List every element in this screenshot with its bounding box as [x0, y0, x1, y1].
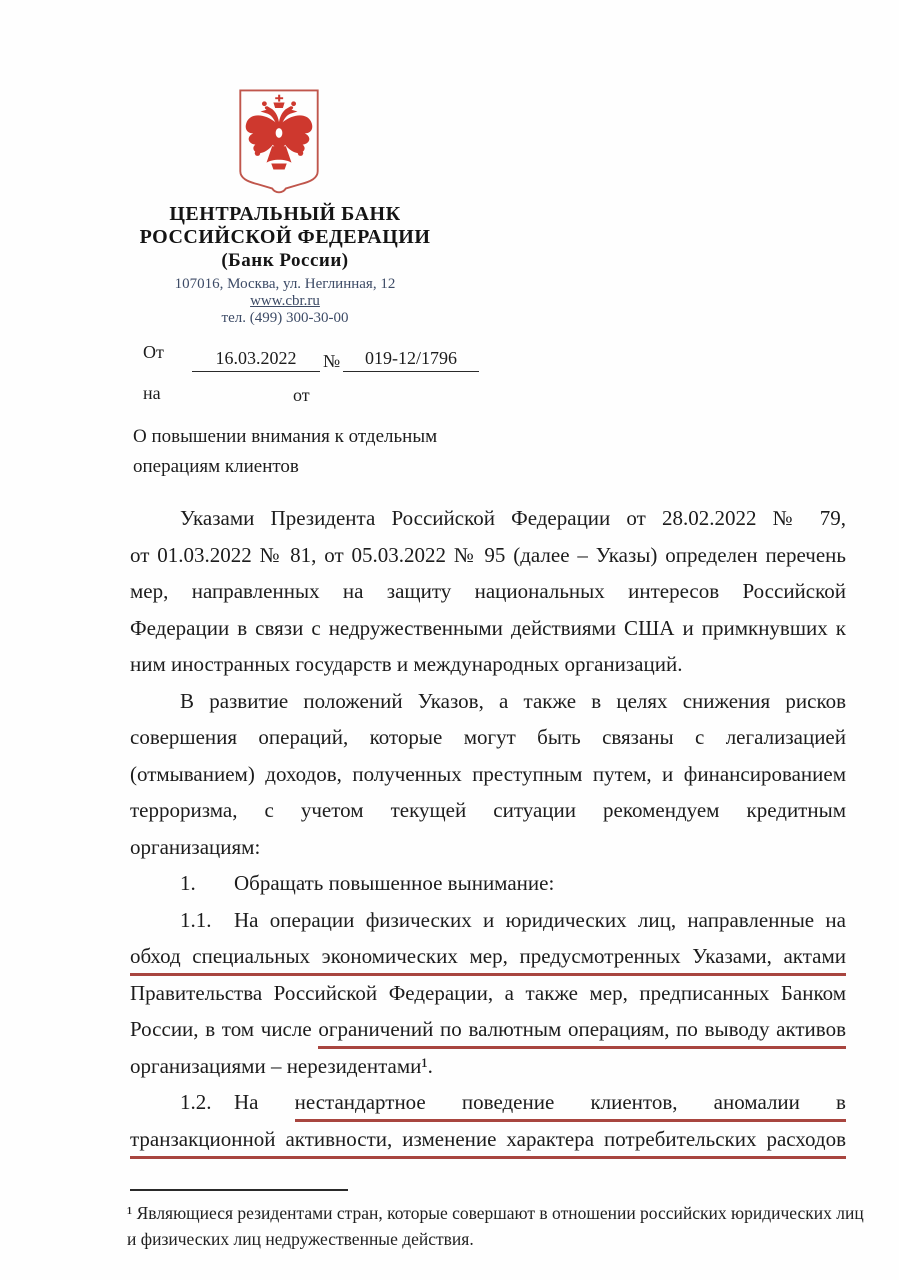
footnote-separator [130, 1189, 348, 1191]
org-address-block: 107016, Москва, ул. Неглинная, 12 www.cb… [65, 276, 505, 327]
red-underlined-text: транзакционной активности, изменение хар… [130, 1127, 846, 1159]
org-name-line3: (Банк России) [65, 249, 505, 272]
body-line: Федерации в связи с недружественными дей… [130, 610, 846, 647]
text-segment: от 01.03.2022 № 81, от 05.03.2022 № 95 (… [130, 543, 846, 567]
text-segment: организациями – нерезидентами¹. [130, 1054, 433, 1078]
coat-of-arms-icon [236, 87, 322, 197]
doc-body: Указами Президента Российской Федерации … [130, 500, 846, 1157]
body-line: 1.2.На нестандартное поведение клиентов,… [130, 1084, 846, 1121]
website-link[interactable]: www.cbr.ru [65, 293, 505, 310]
body-line: транзакционной активности, изменение хар… [130, 1121, 846, 1158]
document-page: ЦЕНТРАЛЬНЫЙ БАНК РОССИЙСКОЙ ФЕДЕРАЦИИ (Б… [0, 0, 899, 1280]
body-line: от 01.03.2022 № 81, от 05.03.2022 № 95 (… [130, 537, 846, 574]
text-segment: (отмыванием) доходов, полученных преступ… [130, 762, 846, 786]
red-underlined-text: обход специальных экономических мер, пре… [130, 944, 846, 976]
text-segment: ним иностранных государств и международн… [130, 652, 682, 676]
body-line: Правительства Российской Федерации, а та… [130, 975, 846, 1012]
text-segment: Федерации в связи с недружественными дей… [130, 616, 846, 640]
body-line: 1.Обращать повышенное вынимание: [130, 865, 846, 902]
ref-of-label: от [293, 385, 310, 406]
text-segment: Правительства Российской Федерации, а та… [130, 981, 846, 1005]
body-line: ним иностранных государств и международн… [130, 646, 846, 683]
text-segment: В развитие положений Указов, а также в ц… [180, 689, 846, 713]
org-name-block: ЦЕНТРАЛЬНЫЙ БАНК РОССИЙСКОЙ ФЕДЕРАЦИИ (Б… [65, 203, 505, 272]
text-segment: На [234, 1090, 295, 1114]
text-segment: терроризма, с учетом текущей ситуации ре… [130, 798, 846, 822]
org-address: 107016, Москва, ул. Неглинная, 12 [65, 276, 505, 293]
red-underlined-text: нестандартное поведение клиентов, аномал… [295, 1090, 846, 1122]
text-segment: организациям: [130, 835, 260, 859]
body-line: терроризма, с учетом текущей ситуации ре… [130, 792, 846, 829]
body-line: (отмыванием) доходов, полученных преступ… [130, 756, 846, 793]
org-phone: тел. (499) 300-30-00 [65, 310, 505, 327]
ref-date-field: 16.03.2022 [192, 348, 320, 372]
ref-on-label: на [143, 383, 161, 404]
body-line: 1.1.На операции физических и юридических… [130, 902, 846, 939]
body-line: организациям: [130, 829, 846, 866]
text-segment: России, в том числе [130, 1017, 318, 1041]
body-line: В развитие положений Указов, а также в ц… [130, 683, 846, 720]
text-segment: Обращать повышенное вынимание: [234, 871, 554, 895]
org-name-line1: ЦЕНТРАЛЬНЫЙ БАНК [65, 203, 505, 226]
text-segment: совершения операций, которые могут быть … [130, 725, 846, 749]
red-underlined-text: ограничений по валютным операциям, по вы… [318, 1017, 846, 1049]
body-line: Указами Президента Российской Федерации … [130, 500, 846, 537]
footnote-line1: ¹ Являющиеся резидентами стран, которые … [127, 1200, 867, 1226]
subject-line1: О повышении внимания к отдельным [133, 422, 553, 452]
clause-number: 1.2. [180, 1084, 234, 1121]
text-segment: На операции физических и юридических лиц… [234, 908, 846, 932]
body-line: совершения операций, которые могут быть … [130, 719, 846, 756]
body-line: обход специальных экономических мер, пре… [130, 938, 846, 975]
clause-number: 1. [180, 865, 234, 902]
body-line: России, в том числе ограничений по валют… [130, 1011, 846, 1048]
footnote-block: ¹ Являющиеся резидентами стран, которые … [127, 1200, 867, 1252]
ref-number-sign: № [323, 351, 340, 372]
ref-from-label: От [143, 342, 164, 363]
subject-block: О повышении внимания к отдельным операци… [133, 422, 553, 482]
body-line: организациями – нерезидентами¹. [130, 1048, 846, 1085]
footnote-line2: и физических лиц недружественные действи… [127, 1226, 867, 1252]
body-line: мер, направленных на защиту национальных… [130, 573, 846, 610]
text-segment: мер, направленных на защиту национальных… [130, 579, 846, 603]
text-segment: Указами Президента Российской Федерации … [180, 506, 846, 530]
clause-number: 1.1. [180, 902, 234, 939]
ref-number-field: 019-12/1796 [343, 348, 479, 372]
subject-line2: операциям клиентов [133, 452, 553, 482]
org-name-line2: РОССИЙСКОЙ ФЕДЕРАЦИИ [65, 226, 505, 249]
